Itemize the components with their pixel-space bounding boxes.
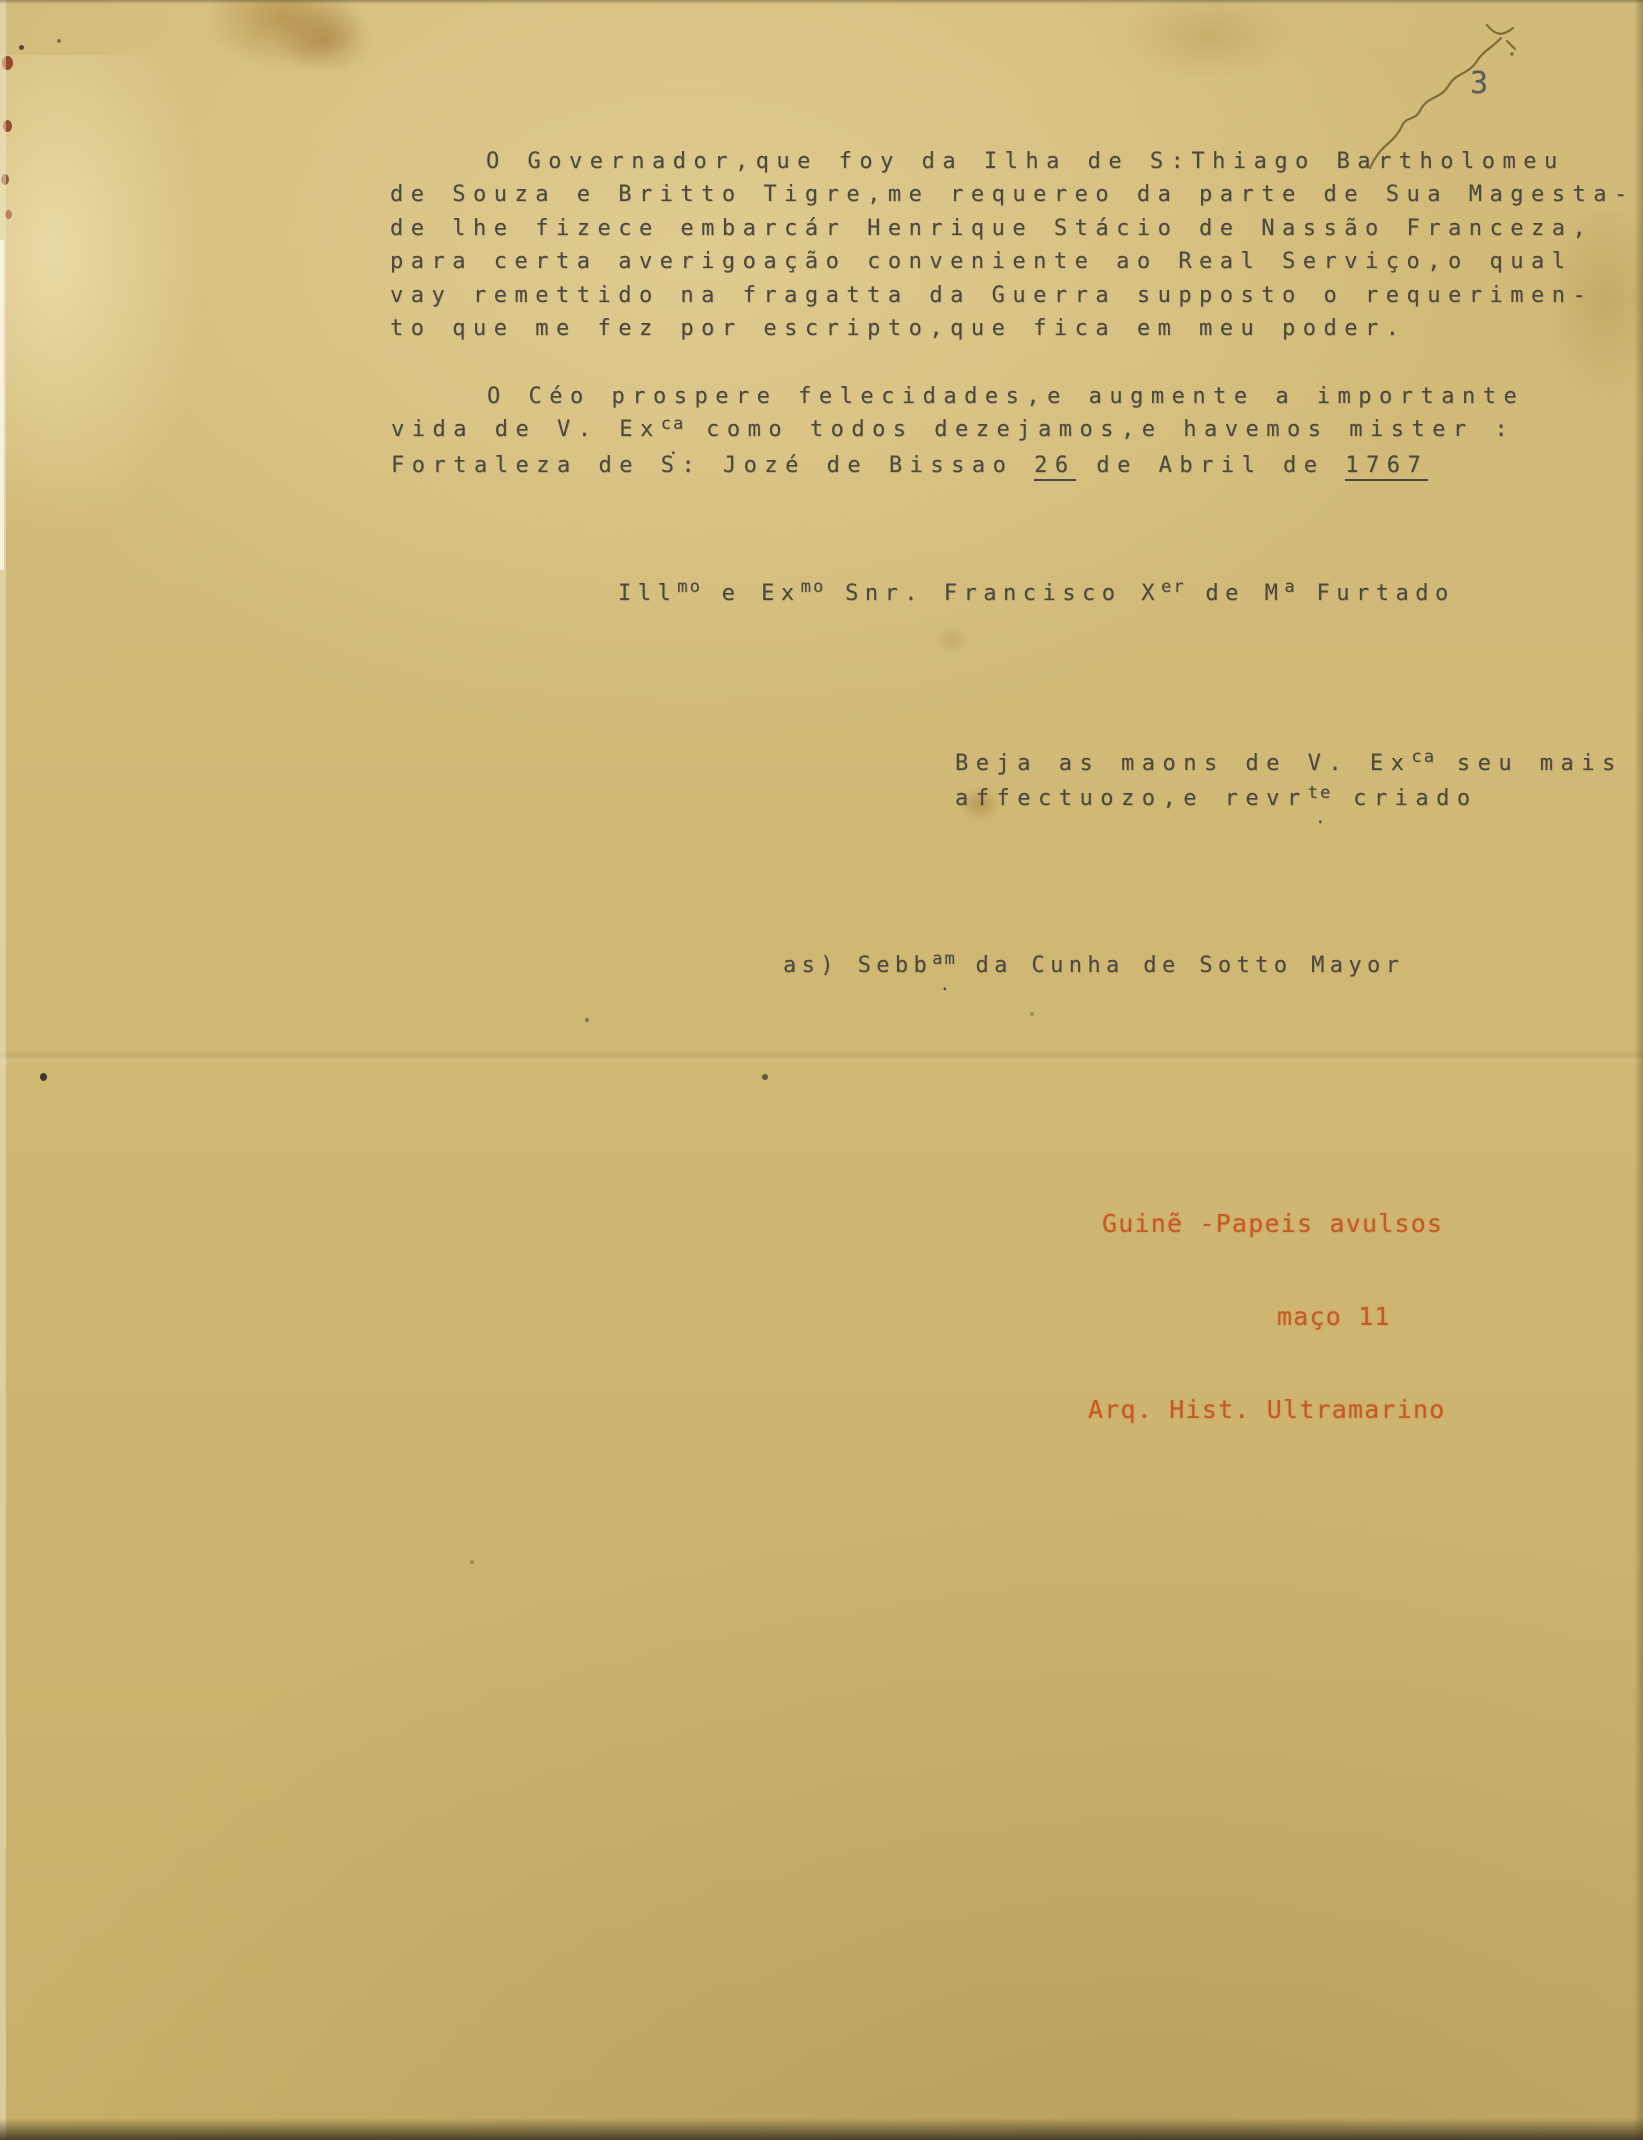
dust-speck <box>585 1018 589 1022</box>
text-line: O Governador,que foy da Ilha de S:Thiago… <box>390 145 1635 178</box>
text-line: Beja as maons de V. Exca seu mais <box>955 747 1623 782</box>
courtesy-close: Beja as maons de V. Exca seu maisaffectu… <box>955 747 1623 818</box>
paragraph-governador: O Governador,que foy da Ilha de S:Thiago… <box>390 145 1635 345</box>
dust-speck <box>57 39 61 43</box>
paper-stain <box>0 480 140 740</box>
text-line: O Céo prospere felecidades,e augmente a … <box>391 380 1524 413</box>
scanned-letter-page: 3 O Governador,que foy da Ilha de S:Thia… <box>0 0 1643 2140</box>
dust-speck <box>470 1560 474 1564</box>
stamp-line-archive: Arq. Hist. Ultramarino <box>1088 1394 1446 1425</box>
red-edge-mark <box>2 56 13 70</box>
text-line: de Souza e Britto Tigre,me requereo da p… <box>390 178 1635 211</box>
text-line: as) Sebbam da Cunha de Sotto Mayor <box>783 949 1404 984</box>
dust-speck <box>1030 1012 1034 1016</box>
text-line: to que me fez por escripto,que fica em m… <box>390 312 1635 345</box>
red-edge-mark <box>3 120 12 132</box>
text-line: vay remettido na fragatta da Guerra supp… <box>390 279 1635 312</box>
scan-edge-bottom <box>0 2118 1643 2140</box>
paper-stain <box>0 55 210 545</box>
dust-speck <box>40 1073 47 1081</box>
stamp-line-collection: Guinẽ -Papeis avulsos <box>1102 1208 1446 1239</box>
addressee-line: Illmo e Exmo Snr. Francisco Xer de Ma Fu… <box>618 577 1455 612</box>
fold-crease <box>0 1050 1643 1066</box>
dust-speck <box>762 1074 768 1080</box>
text-line: Fortaleza de S: Jozé de Bissao 26 de Abr… <box>391 449 1524 482</box>
text-line: vida de V. Exca como todos dezejamos,e h… <box>391 413 1524 448</box>
text-line: de lhe fizece embarcár Henrique Stácio d… <box>390 212 1635 245</box>
scan-edge-top <box>0 0 1643 4</box>
scan-edge-left <box>0 0 6 2140</box>
signature-line: as) Sebbam da Cunha de Sotto Mayor <box>783 949 1404 984</box>
text-line: Illmo e Exmo Snr. Francisco Xer de Ma Fu… <box>618 577 1455 612</box>
stamp-line-bundle: maço 11 <box>1277 1301 1446 1332</box>
paragraph-valediction-date: O Céo prospere felecidades,e augmente a … <box>391 380 1524 482</box>
archive-stamp: Guinẽ -Papeis avulsos maço 11 Arq. Hist.… <box>1088 1146 1446 1487</box>
paper-stain <box>1120 0 1300 80</box>
paper-stain <box>935 626 969 654</box>
red-edge-mark <box>5 210 12 219</box>
text-line: affectuozo,e revrte criado <box>955 782 1623 817</box>
red-edge-mark <box>1 174 9 185</box>
text-line: para certa averigoação conveniente ao Re… <box>390 245 1635 278</box>
page-number: 3 <box>1470 66 1488 101</box>
paper-stain <box>275 5 375 75</box>
scan-edge-left-bright <box>0 240 4 570</box>
scan-edge-right <box>1634 0 1643 2140</box>
paper-stain <box>205 0 365 70</box>
dust-speck <box>19 45 24 50</box>
